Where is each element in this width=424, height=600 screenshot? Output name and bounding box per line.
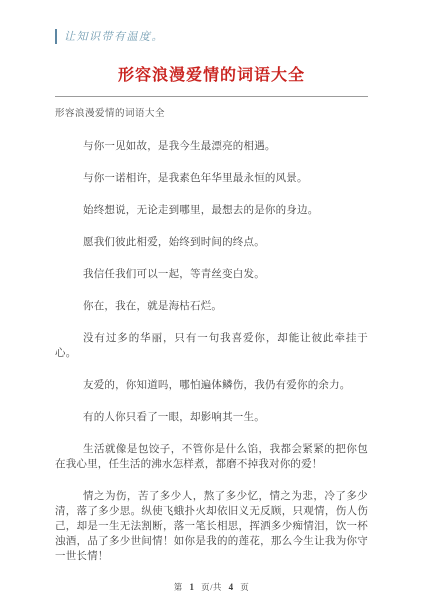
body-paragraph: 你在，我在，就是海枯石烂。: [55, 299, 368, 314]
title-divider: [55, 96, 368, 97]
body-paragraph: 与你一诺相许，是我素色年华里最永恒的风景。: [55, 171, 368, 186]
document-title: 形容浪漫爱情的词语大全: [55, 62, 368, 85]
document-page: 让知识带有温度。 形容浪漫爱情的词语大全 形容浪漫爱情的词语大全 与你一见如故，…: [0, 0, 424, 600]
footer-page-number: 1: [189, 582, 194, 592]
slogan-accent-bar: [55, 29, 57, 44]
document-subtitle: 形容浪漫爱情的词语大全: [55, 105, 368, 119]
body-paragraph: 情之为伤，苦了多少人，熬了多少忆，情之为悲，冷了多少清，落了多少思。纵使飞蛾扑火…: [55, 489, 368, 564]
body-paragraph: 愿我们彼此相爱，始终到时间的终点。: [55, 235, 368, 250]
footer-label-mid: 页/共: [201, 582, 222, 592]
body-paragraph: 生活就像是包饺子，不管你是什么馅，我都会紧紧的把你包在我心里，任生活的沸水怎样煮…: [55, 442, 368, 472]
footer-label-ye: 页: [240, 582, 249, 592]
footer-label-di: 第: [174, 582, 183, 592]
body-paragraph: 始终想说，无论走到哪里，最想去的是你的身边。: [55, 203, 368, 218]
document-body: 与你一见如故，是我今生最漂亮的相遇。 与你一诺相许，是我素色年华里最永恒的风景。…: [55, 139, 368, 564]
body-paragraph: 与你一见如故，是我今生最漂亮的相遇。: [55, 139, 368, 154]
body-paragraph: 我信任我们可以一起，等青丝变白发。: [55, 267, 368, 282]
site-slogan: 让知识带有温度。: [64, 28, 164, 44]
page-footer: 第 1 页/共 4 页: [55, 581, 368, 593]
page-header: 让知识带有温度。: [55, 28, 368, 44]
footer-total-pages: 4: [229, 582, 234, 592]
body-paragraph: 没有过多的华丽，只有一句我喜爱你，却能让彼此牵挂于心。: [55, 331, 368, 361]
body-paragraph: 有的人你只看了一眼，却影响其一生。: [55, 410, 368, 425]
body-paragraph: 友爱的，你知道吗，哪怕遍体鳞伤，我仍有爱你的余力。: [55, 378, 368, 393]
